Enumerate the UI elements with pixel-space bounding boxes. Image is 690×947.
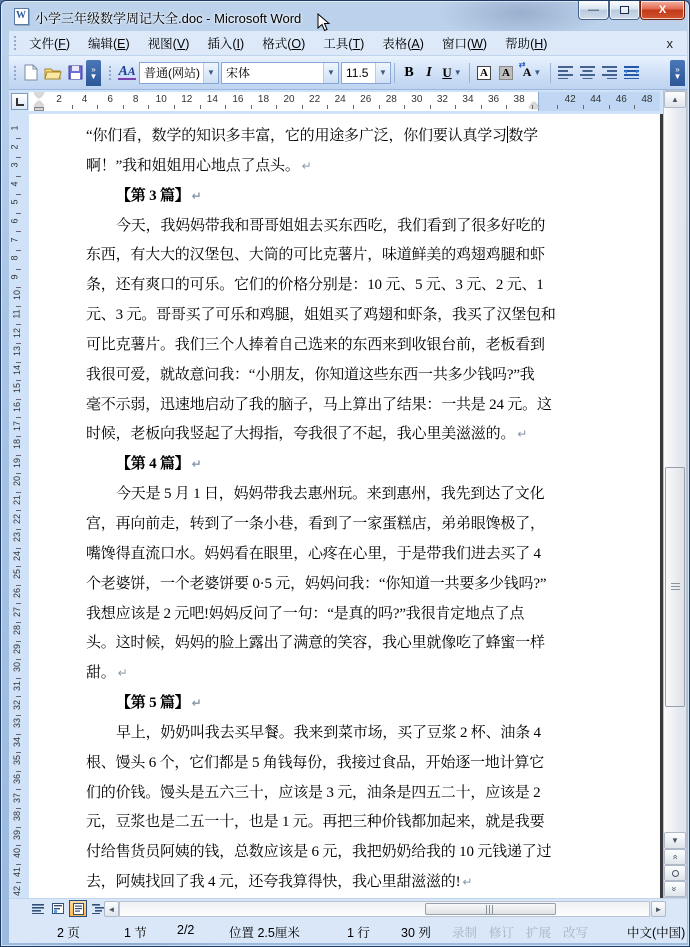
right-indent-marker[interactable] bbox=[529, 102, 539, 108]
v-ruler-tick bbox=[16, 641, 21, 642]
h-ruler-number: 42 bbox=[565, 94, 576, 105]
left-indent-icon[interactable] bbox=[34, 107, 44, 111]
h-ruler-tick bbox=[174, 105, 175, 109]
h-ruler-number: 26 bbox=[360, 94, 371, 105]
thumb-gripper-icon bbox=[671, 583, 680, 592]
toolbar-separator bbox=[469, 63, 470, 83]
menu-item-3[interactable]: 视图(V) bbox=[139, 31, 199, 55]
v-ruler-tick bbox=[16, 250, 21, 251]
normal-view-button[interactable] bbox=[29, 900, 47, 917]
v-ruler-number: 37 bbox=[12, 793, 22, 803]
paragraph-mark-icon: ↵ bbox=[192, 457, 202, 471]
h-ruler-number: 48 bbox=[641, 94, 652, 105]
scroll-down-button[interactable]: ▼ bbox=[664, 832, 686, 849]
v-ruler-tick bbox=[16, 510, 21, 511]
v-ruler-number: 33 bbox=[12, 718, 22, 728]
minimize-button[interactable]: — bbox=[578, 1, 609, 20]
document-line: 元，豆浆也是二五一十，也是 1 元。再把三种价钱都加起来，就是我要 bbox=[86, 808, 652, 838]
formatting-toolbar-grip[interactable] bbox=[107, 64, 112, 82]
save-floppy-icon bbox=[68, 65, 83, 80]
h-ruler-tick bbox=[609, 105, 610, 109]
document-line: 甜。↵ bbox=[86, 659, 652, 689]
h-ruler-number: 22 bbox=[309, 94, 320, 105]
status-section: 1 节 bbox=[124, 923, 147, 941]
v-ruler-number: 31 bbox=[12, 681, 22, 691]
h-ruler-tick bbox=[148, 105, 149, 109]
h-ruler-tick bbox=[583, 105, 584, 109]
h-ruler-number: 46 bbox=[616, 94, 627, 105]
v-ruler-tick bbox=[16, 752, 21, 753]
v-ruler-number: 4 bbox=[10, 181, 20, 186]
styles-icon: AA bbox=[118, 65, 135, 80]
word-document-icon: W bbox=[14, 8, 29, 25]
v-ruler-tick bbox=[16, 808, 21, 809]
bold-button[interactable]: B bbox=[398, 62, 420, 84]
character-border-button[interactable]: A bbox=[473, 62, 495, 84]
menu-item-4[interactable]: 插入(I) bbox=[198, 31, 253, 55]
v-ruler-tick bbox=[16, 771, 21, 772]
v-ruler-tick bbox=[16, 417, 21, 418]
h-ruler-tick bbox=[430, 105, 431, 109]
v-ruler-number: 23 bbox=[12, 532, 22, 542]
menu-item-9[interactable]: 帮助(H) bbox=[496, 31, 556, 55]
v-ruler-number: 15 bbox=[12, 383, 22, 393]
h-ruler-number: 16 bbox=[232, 94, 243, 105]
h-ruler-tick bbox=[532, 105, 533, 109]
document-text[interactable]: “你们看，数学的知识多丰富，它的用途多广泛，你们要认真学习数学啊！”我和姐姐用心… bbox=[86, 122, 652, 898]
h-ruler-number: 44 bbox=[590, 94, 601, 105]
status-toggle-修订[interactable]: 修订 bbox=[489, 923, 514, 941]
font-size-combobox[interactable]: 11.5▼ bbox=[341, 62, 391, 84]
horizontal-scrollbar-thumb[interactable] bbox=[425, 903, 556, 915]
v-ruler-tick bbox=[16, 157, 21, 158]
v-ruler-tick bbox=[16, 603, 21, 604]
paragraph-mark-icon: ↵ bbox=[517, 427, 527, 441]
h-ruler-number: 38 bbox=[514, 94, 525, 105]
restore-button[interactable] bbox=[609, 1, 640, 20]
document-line: 可比克薯片。我们三个人捧着自己选来的东西来到收银台前，老板看到 bbox=[86, 331, 652, 361]
v-ruler-tick bbox=[16, 324, 21, 325]
v-ruler-tick bbox=[16, 194, 21, 195]
h-ruler-tick bbox=[379, 105, 380, 109]
h-ruler-tick bbox=[506, 105, 507, 109]
paragraph-mark-icon: ↵ bbox=[118, 666, 128, 680]
horizontal-ruler[interactable]: 2468101214161820222426283032343638424446… bbox=[29, 92, 660, 111]
save-button[interactable] bbox=[64, 62, 86, 84]
menu-item-1[interactable]: 文件(F) bbox=[20, 31, 79, 55]
document-line: 头。这时候，妈妈的脸上露出了满意的笑容，我心里就像吃了蜂蜜一样 bbox=[86, 629, 652, 659]
document-line: 个老婆饼，一个老婆饼要 0·5 元，妈妈问我：“你知道一共要多少钱吗?” bbox=[86, 570, 652, 600]
previous-page-button[interactable]: » bbox=[664, 849, 686, 865]
print-layout-view-button[interactable] bbox=[69, 900, 87, 917]
h-ruler-number: 6 bbox=[107, 94, 113, 105]
h-ruler-number: 36 bbox=[488, 94, 499, 105]
distribute-icon bbox=[624, 66, 639, 79]
v-ruler-tick bbox=[16, 789, 21, 790]
select-browse-object-button[interactable] bbox=[664, 865, 686, 881]
v-ruler-number: 42 bbox=[12, 886, 22, 896]
document-line: 东西，有大大的汉堡包、大筒的可比克薯片，味道鲜美的鸡翅鸡腿和虾 bbox=[86, 241, 652, 271]
h-ruler-number: 24 bbox=[335, 94, 346, 105]
h-ruler-tick bbox=[481, 105, 482, 109]
v-ruler-number: 14 bbox=[12, 365, 22, 375]
h-ruler-tick bbox=[97, 105, 98, 109]
h-ruler-tick bbox=[123, 105, 124, 109]
document-line: 嘴馋得直流口水。妈妈看在眼里，心疼在心里，于是带我们进去买了 4 bbox=[86, 540, 652, 570]
v-ruler-tick bbox=[16, 473, 21, 474]
print-layout-icon bbox=[73, 903, 84, 915]
normal-view-icon bbox=[32, 904, 44, 914]
document-line: 去，阿姨找回了我 4 元，还夸我算得快，我心里甜滋滋的!↵ bbox=[86, 868, 652, 898]
horizontal-scrollbar-row: ◄ ► bbox=[9, 898, 687, 918]
v-ruler-tick bbox=[16, 734, 21, 735]
window-title: 小学三年级数学周记大全.doc - Microsoft Word bbox=[35, 8, 301, 27]
menu-items: 文件(F)编辑(E)视图(V)插入(I)格式(O)工具(T)表格(A)窗口(W)… bbox=[20, 31, 556, 55]
character-shading-button[interactable]: A bbox=[495, 62, 517, 84]
v-ruler-tick bbox=[16, 882, 21, 883]
v-ruler-tick bbox=[16, 492, 21, 493]
v-ruler-tick bbox=[16, 176, 21, 177]
v-ruler-tick bbox=[16, 213, 21, 214]
align-center-icon bbox=[580, 66, 595, 79]
hanging-indent-icon[interactable] bbox=[34, 101, 44, 107]
v-ruler-tick bbox=[16, 436, 21, 437]
document-line: 毫不示弱，迅速地启动了我的脑子，马上算出了结果：一共是 24 元。这 bbox=[86, 391, 652, 421]
style-dropdown-arrow[interactable]: ▼ bbox=[203, 63, 218, 83]
h-ruler-number: 34 bbox=[462, 94, 473, 105]
document-line: 根、馒头 6 个，它们都是 5 角钱每份，我接过食品，开始逐一地计算它 bbox=[86, 749, 652, 779]
align-left-button[interactable] bbox=[554, 62, 576, 84]
vertical-scrollbar[interactable]: ▲ ▼ » » bbox=[663, 90, 687, 898]
document-line: 宫，再向前走，转到了一条小巷，看到了一家蛋糕店，弟弟眼馋极了， bbox=[86, 510, 652, 540]
status-toggle-改写[interactable]: 改写 bbox=[563, 923, 588, 941]
h-ruler-number: 18 bbox=[258, 94, 269, 105]
v-ruler-tick bbox=[16, 399, 21, 400]
document-line: 们的价钱。馒头是五六三十，应该是 3 元，油条是四五二十，应该是 2 bbox=[86, 779, 652, 809]
left-tab-icon bbox=[16, 98, 24, 106]
v-ruler-number: 25 bbox=[12, 569, 22, 579]
v-ruler-tick bbox=[16, 845, 21, 846]
new-document-button[interactable] bbox=[20, 62, 42, 84]
status-toggle-扩展[interactable]: 扩展 bbox=[526, 923, 551, 941]
v-ruler-tick bbox=[16, 529, 21, 530]
first-line-indent-icon[interactable] bbox=[34, 92, 44, 98]
v-ruler-number: 2 bbox=[10, 144, 20, 149]
left-indent-marker[interactable] bbox=[34, 92, 44, 111]
v-ruler-tick bbox=[16, 659, 21, 660]
v-ruler-tick bbox=[16, 585, 21, 586]
menu-bar: 文件(F)编辑(E)视图(V)插入(I)格式(O)工具(T)表格(A)窗口(W)… bbox=[9, 31, 687, 56]
v-ruler-number: 13 bbox=[12, 346, 22, 356]
h-ruler-number: 14 bbox=[207, 94, 218, 105]
v-ruler-number: 41 bbox=[12, 867, 22, 877]
status-page-of-total: 2/2 bbox=[177, 923, 194, 937]
size-dropdown-arrow[interactable]: ▼ bbox=[375, 63, 390, 83]
document-line: 付给售货员阿姨的钱，总数应该是 6 元，我把奶奶给我的 10 元钱递了过 bbox=[86, 838, 652, 868]
menu-grip-handle[interactable] bbox=[12, 34, 17, 52]
h-ruler-tick bbox=[557, 105, 558, 109]
v-ruler-number: 34 bbox=[12, 737, 22, 747]
document-line: 今天，我妈妈带我和哥哥姐姐去买东西吃，我们看到了很多好吃的 bbox=[86, 212, 652, 242]
v-ruler-number: 27 bbox=[12, 607, 22, 617]
document-line: 时候，老板向我竖起了大拇指，夸我很了不起，我心里美滋滋的。↵ bbox=[86, 420, 652, 450]
document-line: “你们看，数学的知识多丰富，它的用途多广泛，你们要认真学习数学 bbox=[86, 122, 652, 152]
v-ruler-number: 28 bbox=[12, 625, 22, 635]
align-right-icon bbox=[602, 66, 617, 79]
h-ruler-number: 10 bbox=[156, 94, 167, 105]
character-scaling-button[interactable]: ⇄A▼ bbox=[517, 62, 547, 84]
v-ruler-number: 26 bbox=[12, 588, 22, 598]
v-ruler-number: 29 bbox=[12, 644, 22, 654]
h-ruler-tick bbox=[251, 105, 252, 109]
align-left-icon bbox=[558, 66, 573, 79]
document-content-area: 1234567891011121314151617181920212223242… bbox=[9, 114, 687, 898]
thumb-gripper-icon bbox=[486, 905, 495, 914]
h-ruler-number: 28 bbox=[386, 94, 397, 105]
v-ruler-number: 39 bbox=[12, 830, 22, 840]
ruler-row: 2468101214161820222426283032343638424446… bbox=[9, 90, 687, 114]
v-ruler-number: 30 bbox=[12, 662, 22, 672]
h-ruler-tick bbox=[404, 105, 405, 109]
h-ruler-number: 2 bbox=[56, 94, 62, 105]
v-ruler-number: 32 bbox=[12, 700, 22, 710]
v-ruler-tick bbox=[16, 678, 21, 679]
status-column-number: 30 列 bbox=[401, 923, 431, 941]
v-ruler-number: 21 bbox=[12, 495, 22, 505]
h-ruler-tick bbox=[72, 105, 73, 109]
toolbar-separator bbox=[394, 63, 395, 83]
v-ruler-number: 3 bbox=[10, 163, 20, 168]
open-folder-icon bbox=[44, 66, 62, 80]
document-line: 早上，奶奶叫我去买早餐。我来到菜市场，买了豆浆 2 杯、油条 4 bbox=[86, 719, 652, 749]
status-language: 中文(中国) bbox=[627, 923, 685, 941]
formatting-overflow-chevron[interactable]: »▼ bbox=[670, 60, 685, 86]
document-line: 我想应该是 2 元吧!妈妈反问了一句：“是真的吗?”我很肯定地点了点 bbox=[86, 600, 652, 630]
v-ruler-number: 17 bbox=[12, 421, 22, 431]
document-heading-line: 【第 3 篇】↵ bbox=[86, 182, 652, 212]
vertical-ruler[interactable]: 1234567891011121314151617181920212223242… bbox=[9, 114, 29, 898]
document-line: 我很可爱，就故意问我：“小朋友，你知道这些东西一共多少钱吗?”我 bbox=[86, 361, 652, 391]
outline-view-icon bbox=[92, 904, 104, 914]
v-ruler-number: 36 bbox=[12, 774, 22, 784]
document-heading-line: 【第 5 篇】↵ bbox=[86, 689, 652, 719]
align-right-button[interactable] bbox=[598, 62, 620, 84]
mouse-cursor-icon bbox=[317, 13, 331, 33]
v-ruler-number: 18 bbox=[12, 439, 22, 449]
distribute-button[interactable] bbox=[620, 62, 642, 84]
v-ruler-tick bbox=[16, 231, 21, 232]
style-combobox[interactable]: 普通(网站)▼ bbox=[139, 62, 219, 84]
menu-item-8[interactable]: 窗口(W) bbox=[433, 31, 496, 55]
status-toggle-录制[interactable]: 录制 bbox=[452, 923, 477, 941]
status-line-number: 1 行 bbox=[347, 923, 370, 941]
h-ruler-tick bbox=[327, 105, 328, 109]
paragraph-mark-icon: ↵ bbox=[192, 696, 202, 710]
v-ruler-tick bbox=[16, 306, 21, 307]
font-combobox[interactable]: 宋体▼ bbox=[221, 62, 339, 84]
h-ruler-number: 12 bbox=[181, 94, 192, 105]
menu-item-6[interactable]: 工具(T) bbox=[314, 31, 373, 55]
h-ruler-tick bbox=[634, 105, 635, 109]
toolbar-row: »▼ AA 普通(网站)▼ 宋体▼ 11.5▼ B I U▼ A A ⇄A▼ bbox=[9, 56, 687, 90]
h-ruler-tick bbox=[302, 105, 303, 109]
v-ruler-tick bbox=[16, 269, 21, 270]
v-ruler-number: 40 bbox=[12, 848, 22, 858]
vertical-scrollbar-thumb[interactable] bbox=[665, 467, 685, 707]
v-ruler-number: 12 bbox=[12, 328, 22, 338]
v-ruler-number: 35 bbox=[12, 755, 22, 765]
h-ruler-tick bbox=[225, 105, 226, 109]
scroll-right-button[interactable]: ► bbox=[651, 901, 666, 917]
v-ruler-number: 9 bbox=[10, 274, 20, 279]
scroll-up-button[interactable]: ▲ bbox=[664, 91, 686, 108]
v-ruler-number: 24 bbox=[12, 551, 22, 561]
v-ruler-number: 19 bbox=[12, 458, 22, 468]
h-ruler-number: 20 bbox=[283, 94, 294, 105]
document-line: 元、3 元。哥哥买了可乐和鸡腿，姐姐买了鸡翅和虾条，我买了汉堡包和 bbox=[86, 301, 652, 331]
underline-dropdown-icon[interactable]: ▼ bbox=[454, 68, 462, 77]
align-center-button[interactable] bbox=[576, 62, 598, 84]
h-ruler-tick bbox=[200, 105, 201, 109]
underline-button[interactable]: U▼ bbox=[438, 62, 466, 84]
v-ruler-number: 8 bbox=[10, 256, 20, 261]
italic-button[interactable]: I bbox=[420, 62, 438, 84]
document-line: 条，还有爽口的可乐。它们的价格分别是：10 元、5 元、3 元、2 元、1 bbox=[86, 271, 652, 301]
h-ruler-tick bbox=[455, 105, 456, 109]
v-ruler-tick bbox=[16, 622, 21, 623]
menu-item-5[interactable]: 格式(O) bbox=[253, 31, 314, 55]
h-ruler-tick bbox=[276, 105, 277, 109]
paragraph-mark-icon: ↵ bbox=[302, 159, 312, 173]
status-mode-toggles: 录制修订扩展改写 bbox=[452, 923, 588, 941]
standard-overflow-chevron[interactable]: »▼ bbox=[86, 60, 101, 86]
close-document-button[interactable]: x bbox=[663, 36, 678, 51]
v-ruler-number: 7 bbox=[10, 237, 20, 242]
h-ruler-tick bbox=[353, 105, 354, 109]
word-window: W 小学三年级数学周记大全.doc - Microsoft Word — X 文… bbox=[0, 0, 690, 947]
h-ruler-number: 8 bbox=[133, 94, 139, 105]
v-ruler-tick bbox=[16, 380, 21, 381]
web-layout-view-button[interactable] bbox=[49, 900, 67, 917]
document-line: 今天是 5 月 1 日，妈妈带我去惠州玩。来到惠州，我先到达了文化 bbox=[86, 480, 652, 510]
v-ruler-tick bbox=[16, 548, 21, 549]
scaling-dropdown-icon[interactable]: ▼ bbox=[533, 68, 541, 77]
menu-item-7[interactable]: 表格(A) bbox=[373, 31, 433, 55]
new-document-icon bbox=[24, 64, 38, 81]
h-ruler-number: 4 bbox=[82, 94, 88, 105]
document-line: 啊！”我和姐姐用心地点了点头。↵ bbox=[86, 152, 652, 182]
document-page[interactable]: “你们看，数学的知识多丰富，它的用途多广泛，你们要认真学习数学啊！”我和姐姐用心… bbox=[29, 114, 660, 898]
horizontal-scrollbar-track[interactable] bbox=[119, 901, 650, 917]
v-ruler-tick bbox=[16, 362, 21, 363]
v-ruler-tick bbox=[16, 715, 21, 716]
close-button[interactable]: X bbox=[640, 1, 685, 20]
v-ruler-tick bbox=[16, 343, 21, 344]
toolbar-separator bbox=[550, 63, 551, 83]
v-ruler-tick bbox=[16, 287, 21, 288]
v-ruler-number: 16 bbox=[12, 402, 22, 412]
open-button[interactable] bbox=[42, 62, 64, 84]
standard-toolbar-grip[interactable] bbox=[12, 64, 17, 82]
status-bar: 2 页 1 节 2/2 位置 2.5厘米 1 行 30 列 录制修订扩展改写 中… bbox=[9, 918, 687, 943]
scroll-left-button[interactable]: ◄ bbox=[104, 901, 119, 917]
restore-icon bbox=[620, 6, 629, 14]
status-position: 位置 2.5厘米 bbox=[229, 923, 300, 941]
v-ruler-tick bbox=[16, 696, 21, 697]
title-bar[interactable]: W 小学三年级数学周记大全.doc - Microsoft Word — X bbox=[1, 1, 689, 31]
v-ruler-number: 1 bbox=[10, 125, 20, 130]
v-ruler-tick bbox=[16, 455, 21, 456]
tab-selector-button[interactable] bbox=[11, 93, 28, 110]
v-ruler-number: 6 bbox=[10, 218, 20, 223]
menu-item-2[interactable]: 编辑(E) bbox=[79, 31, 139, 55]
v-ruler-number: 5 bbox=[10, 200, 20, 205]
document-heading-line: 【第 4 篇】↵ bbox=[86, 450, 652, 480]
v-ruler-number: 38 bbox=[12, 811, 22, 821]
browse-object-icon bbox=[672, 870, 679, 877]
v-ruler-tick bbox=[16, 827, 21, 828]
h-ruler-number: 32 bbox=[437, 94, 448, 105]
v-ruler-tick bbox=[16, 138, 21, 139]
v-ruler-tick bbox=[16, 864, 21, 865]
next-page-button[interactable]: » bbox=[664, 881, 686, 897]
web-layout-icon bbox=[52, 903, 64, 914]
styles-and-formatting-button[interactable]: AA bbox=[115, 62, 139, 84]
v-ruler-tick bbox=[16, 566, 21, 567]
v-ruler-number: 20 bbox=[12, 476, 22, 486]
v-ruler-number: 22 bbox=[12, 514, 22, 524]
status-page-number: 2 页 bbox=[57, 923, 80, 941]
h-ruler-number: 30 bbox=[411, 94, 422, 105]
font-dropdown-arrow[interactable]: ▼ bbox=[323, 63, 338, 83]
v-ruler-number: 11 bbox=[12, 309, 22, 318]
paragraph-mark-icon: ↵ bbox=[192, 189, 202, 203]
paragraph-mark-icon: ↵ bbox=[462, 875, 472, 889]
v-ruler-number: 10 bbox=[12, 290, 22, 300]
